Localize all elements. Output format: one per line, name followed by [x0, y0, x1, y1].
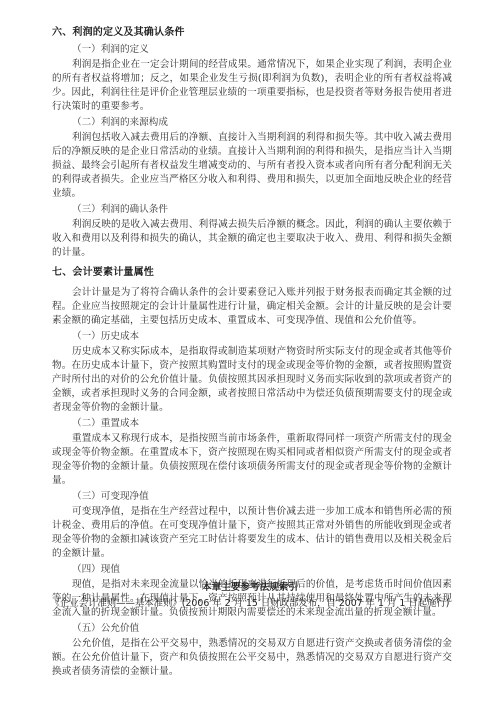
section-7-intro-paragraph: 会计计量是为了将符合确认条件的会计要素登记入账并列报于财务报表而确定其金额的过程… — [52, 286, 452, 328]
section-6-sub3-heading: （三）利润的确认条件 — [52, 203, 452, 217]
section-6-sub3-paragraph: 利润反映的是收入减去费用、利得减去损失后净额的概念。因此，利润的确认主要依赖于收… — [52, 218, 452, 260]
section-6-sub1-paragraph: 利润是指企业在一定会计期间的经营成果。通常情况下，如果企业实现了利润，表明企业的… — [52, 58, 452, 114]
section-7-sub5-heading: （五）公允价值 — [52, 622, 452, 636]
section-7-title: 七、会计要素计量属性 — [52, 266, 452, 280]
section-6-sub1-heading: （一）利润的定义 — [52, 43, 452, 57]
section-6-sub2-paragraph: 利润包括收入减去费用后的净额、直接计入当期利润的利得和损失等。其中收入减去费用后… — [52, 131, 452, 201]
section-7-sub1-heading: （一）历史成本 — [52, 330, 452, 344]
references-block: 本章主要参考法规索引 《企业会计准则——基本准则》(2006 年 2 月 15 … — [0, 581, 500, 611]
section-7-sub2-paragraph: 重置成本又称现行成本，是指按照当前市场条件，重新取得同样一项资产所需支付的现金或… — [52, 432, 452, 488]
reference-item: 《企业会计准则——基本准则》(2006 年 2 月 15 日财政部发布，自 20… — [0, 597, 500, 611]
section-7-sub4-heading: （四）现值 — [52, 563, 452, 577]
references-title: 本章主要参考法规索引 — [0, 581, 500, 595]
section-6-sub2-heading: （二）利润的来源构成 — [52, 116, 452, 130]
section-7-sub2-heading: （二）重置成本 — [52, 417, 452, 431]
section-7-sub1-paragraph: 历史成本又称实际成本，是指取得或制造某项财产物资时所实际支付的现金或者其他等价物… — [52, 345, 452, 415]
section-7-sub5-paragraph: 公允价值，是指在公平交易中，熟悉情况的交易双方自愿进行资产交换或者债务清偿的金额… — [52, 637, 452, 679]
section-6-title: 六、利润的定义及其确认条件 — [52, 26, 452, 40]
section-7-sub3-paragraph: 可变现净值，是指在生产经营过程中，以预计售价减去进一步加工成本和销售所必需的预计… — [52, 505, 452, 561]
section-7-sub3-heading: （三）可变现净值 — [52, 490, 452, 504]
